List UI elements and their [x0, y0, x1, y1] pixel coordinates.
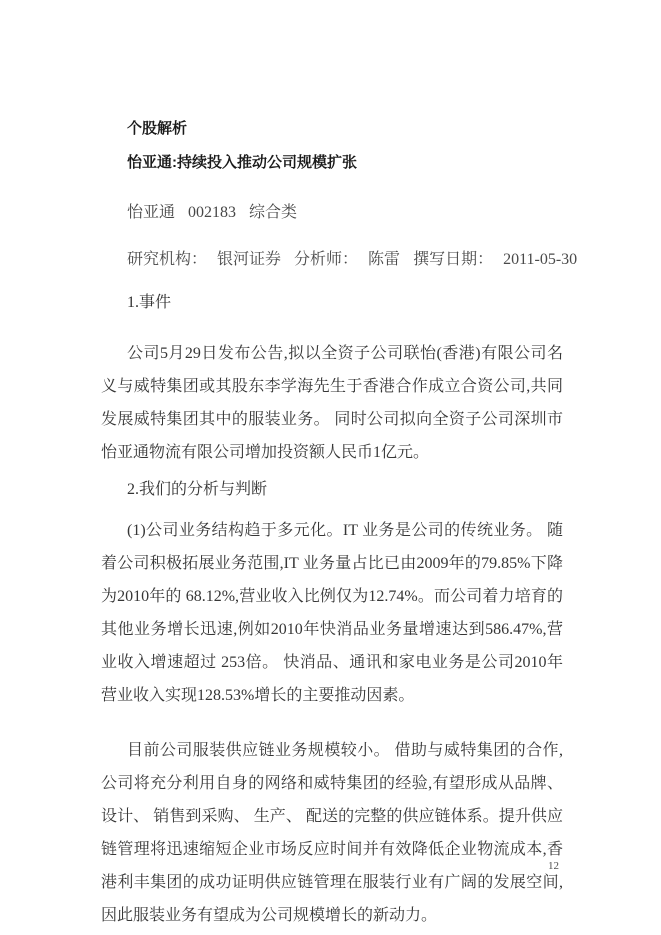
- write-date-label: 撰写日期：: [413, 251, 493, 268]
- research-meta-line: 研究机构： 银河证券 分析师： 陈雷 撰写日期： 2011-05-30: [101, 243, 563, 276]
- paragraph-event: 公司5月29日发布公告,拟以全资子公司联怡(香港)有限公司名义与威特集团或其股东…: [101, 337, 563, 469]
- section-heading-analysis: 2.我们的分析与判断: [101, 473, 563, 506]
- category-heading: 个股解析: [101, 112, 563, 146]
- section-heading-event: 1.事件: [101, 286, 563, 319]
- research-org-value: 银河证券: [217, 251, 281, 268]
- analyst-value: 陈雷: [368, 251, 400, 268]
- stock-category: 综合类: [249, 204, 297, 221]
- stock-info-line: 怡亚通 002183 综合类: [101, 196, 563, 229]
- analyst-label: 分析师：: [294, 251, 358, 268]
- stock-code: 002183: [188, 204, 236, 221]
- research-org-label: 研究机构：: [127, 251, 207, 268]
- stock-name: 怡亚通: [127, 204, 175, 221]
- write-date-value: 2011-05-30: [503, 251, 577, 268]
- paragraph-analysis-apparel-supply-chain: 目前公司服装供应链业务规模较小。 借助与威特集团的合作,公司将充分利用自身的网络…: [101, 734, 563, 932]
- report-title: 怡亚通:持续投入推动公司规模扩张: [101, 146, 563, 180]
- document-page: 个股解析 怡亚通:持续投入推动公司规模扩张 怡亚通 002183 综合类 研究机…: [0, 0, 661, 935]
- page-number: 12: [548, 859, 559, 874]
- page-content: 个股解析 怡亚通:持续投入推动公司规模扩张 怡亚通 002183 综合类 研究机…: [101, 112, 563, 932]
- paragraph-analysis-business-structure: (1)公司业务结构趋于多元化。IT 业务是公司的传统业务。 随着公司积极拓展业务…: [101, 514, 563, 712]
